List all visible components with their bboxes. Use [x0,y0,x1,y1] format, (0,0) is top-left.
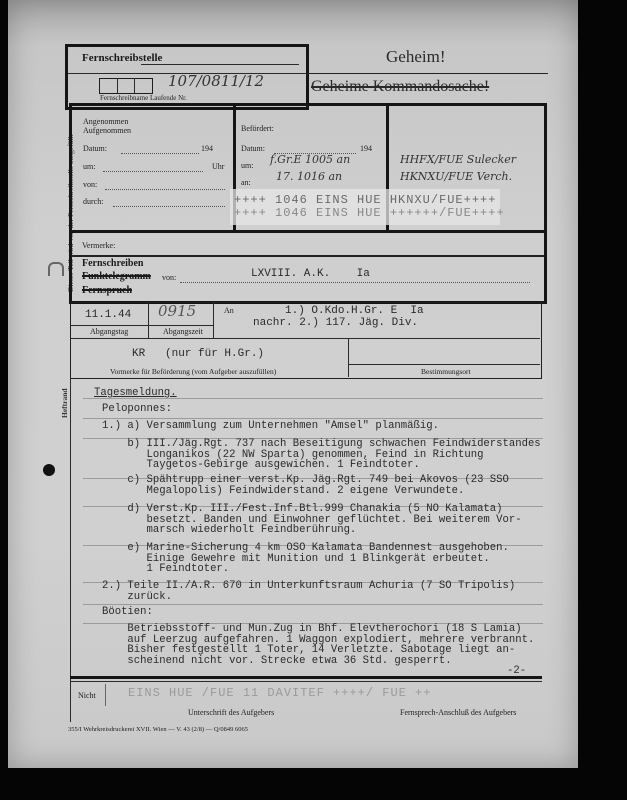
message-item: e) Marine-Sicherung 4 km OSO Kalamata Ba… [102,543,509,575]
document-page: Dieser Teil wird von der Fernschreibstel… [8,0,578,768]
divider [348,338,349,377]
message-heading: Tagesmeldung. [94,388,177,399]
fernschreibstelle-label: Fernschreibstelle [82,52,162,64]
recipient-2: nachr. 2.) 117. Jäg. Div. [253,318,418,329]
fill-line [103,171,203,172]
teletype-strip-line-1: ++++ 1046 EINS HUE HKNXU/FUE++++ [234,193,496,207]
sender: LXVIII. A.K. Ia [251,269,370,280]
fernschreiben-label: Fernschreiben [82,258,143,269]
ruled-line [83,418,543,419]
message-item: c) Spähtrupp einer verst.Kp. Jäg.Rgt. 74… [102,475,509,496]
fernsprech-label: Fernsprech-Anschluß des Aufgebers [400,708,516,717]
fill-line [105,189,225,190]
divider [72,230,544,233]
teletype-strip-line-2: ++++ 1046 EINS HUE ++++++/FUE++++ [234,206,505,220]
divider [306,73,548,74]
fill-line [180,282,530,283]
message-item: 1.) a) Versammlung zum Unternehmen "Amse… [102,421,439,432]
befoerdert-um-handwritten: f.Gr.E 1005 an [270,153,350,166]
divider [70,676,542,679]
divider [70,338,540,339]
datum-label: Datum: [83,144,107,153]
region-boeotien: Böotien: [102,607,153,618]
divider [70,325,213,326]
vermerke-label: Vermerke: [82,241,115,250]
laufende-nummer-handwritten: 107/0811/12 [168,72,264,90]
fernschreibname-label: Fernschreibname Laufende Nr. [100,94,187,102]
befoerdert-an-handwritten: 17. 1016 an [276,170,342,183]
region-peloponnes: Peloponnes: [102,404,172,415]
abgangszeit-value: 0915 [158,302,196,320]
befoerdert-year-prefix: 194 [360,144,372,153]
divider [134,78,135,93]
abgangstag-label: Abgangstag [90,327,128,336]
funktelegramm-struck: Funktelegramm [82,271,151,282]
bestimmungsort-label: Bestimmungsort [421,367,471,376]
fill-line [141,64,299,65]
vormerke-value: KR (nur für H.Gr.) [132,349,264,360]
von-small-label: von: [162,273,176,282]
message-item: d) Verst.Kp. III./Fest.Inf.Btl.999 Chana… [102,504,522,536]
divider [348,364,540,365]
fill-line [121,153,199,154]
abgangszeit-label: Abgangszeit [163,327,203,336]
an-label: An [224,306,234,315]
befoerdert-datum-label: Datum: [241,144,265,153]
ruled-line [83,604,543,605]
boeotien-report: Betriebsstoff- und Mun.Zug in Bhf. Elevt… [102,624,534,666]
um-label: um: [83,162,95,171]
divider [148,302,149,338]
bracket [105,684,112,706]
abgangstag-value: 11.1.44 [85,310,131,321]
heftrand-label: Heftrand [60,388,69,418]
fill-line [113,206,225,207]
durch-label: durch: [83,197,103,206]
bottom-teletype-strip: EINS HUE /FUE 11 DAVITEF ++++/ FUE ++ [128,686,431,700]
punch-hole-icon [43,464,55,476]
printer-footer: 355/I Wehrkreisdruckerei XVII. Wien — V.… [68,726,248,733]
fernschreibname-boxes [99,78,153,94]
margin-rule [70,377,71,722]
divider [72,255,544,257]
unterschrift-label: Unterschrift des Aufgebers [188,708,274,717]
page-marker: -2- [507,666,526,677]
message-item: 2.) Teile II./A.R. 670 in Unterkunftsrau… [102,581,515,602]
befoerdert-an-label: an: [241,178,251,187]
aufgenommen-label: Aufgenommen [83,126,131,135]
befoerdert-label: Befördert: [241,124,274,133]
year-prefix: 194 [201,144,213,153]
divider [117,78,118,93]
divider [70,681,542,682]
routing-handwritten-1: HHFX/FUE Sulecker [400,153,516,166]
divider [213,302,214,338]
recipient-1: 1.) O.Kdo.H.Gr. E Ia [252,306,424,317]
nicht-label: Nicht [78,691,96,700]
angenommen-label: Angenommen [83,117,128,126]
routing-handwritten-2: HKNXU/FUE Verch. [400,170,512,183]
punch-hole-icon [48,262,64,276]
classification-geheim: Geheim! [386,47,445,67]
befoerdert-um-label: um: [241,161,253,170]
von-label: von: [83,180,97,189]
vormerke-label: Vormerke für Beförderung (vom Aufgeber a… [110,367,276,376]
fernspruch-struck: Fernspruch [82,285,132,296]
classification-geheime-kommandosache-struck: Geheime Kommandosache! [311,78,489,96]
message-item: b) III./Jäg.Rgt. 737 nach Beseitigung sc… [102,439,541,471]
uhr-label: Uhr [212,162,224,171]
